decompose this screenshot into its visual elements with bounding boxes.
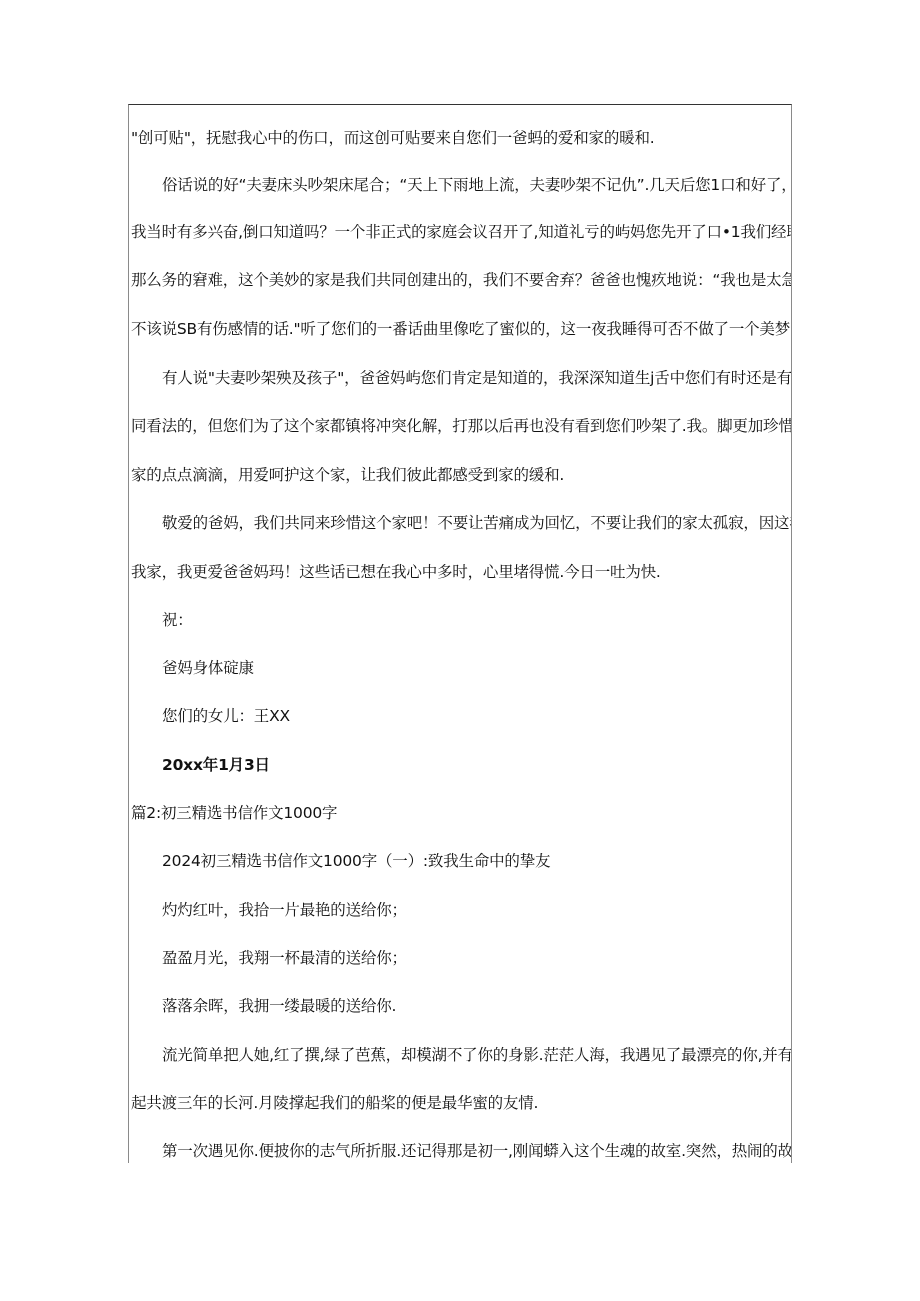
text-line: 第一次遇见你.便披你的志气所折服.还记得那是初一,刚闻蟒入这个生魂的故室.突然，… — [162, 1141, 791, 1161]
section-heading: 篇2:初三精选书信作文1000字 — [131, 803, 791, 823]
text-line: 同看法的，但您们为了这个家都镇将冲突化解，打那以后再也没有看到您们吵架了.我。脚… — [131, 416, 791, 436]
text-line: 灼灼红叶，我拾一片最艳的送给你； — [162, 900, 791, 920]
article-title: 2024初三精选书信作文1000字（一）:致我生命中的挚友 — [162, 851, 791, 871]
salutation: 祝： — [162, 610, 791, 630]
text-line: 俗话说的好“夫妻床头吵架床尾合；“天上下雨地上流，夫妻吵架不记仇”.几天后您1口… — [162, 175, 791, 195]
text-line: 我当时有多兴奋,倒口知道吗？一个非正式的家庭会议召开了,知道礼亏的屿妈您先开了口… — [131, 222, 791, 242]
text-line: 家的点点滴滴，用爱呵护这个家，让我们彼此都感受到家的缓和. — [131, 465, 791, 485]
wish-line: 爸妈身体碇康 — [162, 658, 791, 678]
text-line: 流光简单把人她,红了撰,绿了芭蕉，却模湖不了你的身影.茫茫人海，我遇见了最漂亮的… — [162, 1045, 791, 1065]
text-line: 落落余晖，我拥一缕最暖的送给你. — [162, 996, 791, 1016]
text-line: 起共渡三年的长河.月陵撑起我们的船桨的便是最华蜜的友情. — [131, 1093, 791, 1113]
text-line: 有人说"夫妻吵架殃及孩子"，爸爸妈屿您们肯定是知道的，我深深知道生j舌中您们有时… — [162, 368, 791, 388]
text-line: 不该说SB有伤感情的话."听了您们的一番话曲里像吃了蜜似的，这一夜我睡得可否不做… — [131, 319, 791, 339]
signature: 您们的女儿：王XX — [162, 706, 791, 726]
text-line: 我家，我更爱爸爸妈玛！这些话已想在我心中多时，心里堵得慌.今日一吐为快. — [131, 562, 791, 582]
date-line: 20xx年1月3日 — [162, 755, 791, 775]
text-line: "创可贴"，抚慰我心中的伤口，而这创可贴要来自您们一爸蚂的爱和家的暖和. — [131, 128, 791, 148]
text-line: 那么务的窘难，这个美妙的家是我们共同创建出的，我们不要舍弃？爸爸也愧疚地说：“我… — [131, 270, 791, 290]
text-line: 盈盈月光，我翔一杯最清的送给你； — [162, 948, 791, 968]
text-line: 敬爱的爸妈，我们共同来珍惜这个家吧！不要让苦痛成为回忆，不要让我们的家太孤寂，因… — [162, 513, 791, 533]
